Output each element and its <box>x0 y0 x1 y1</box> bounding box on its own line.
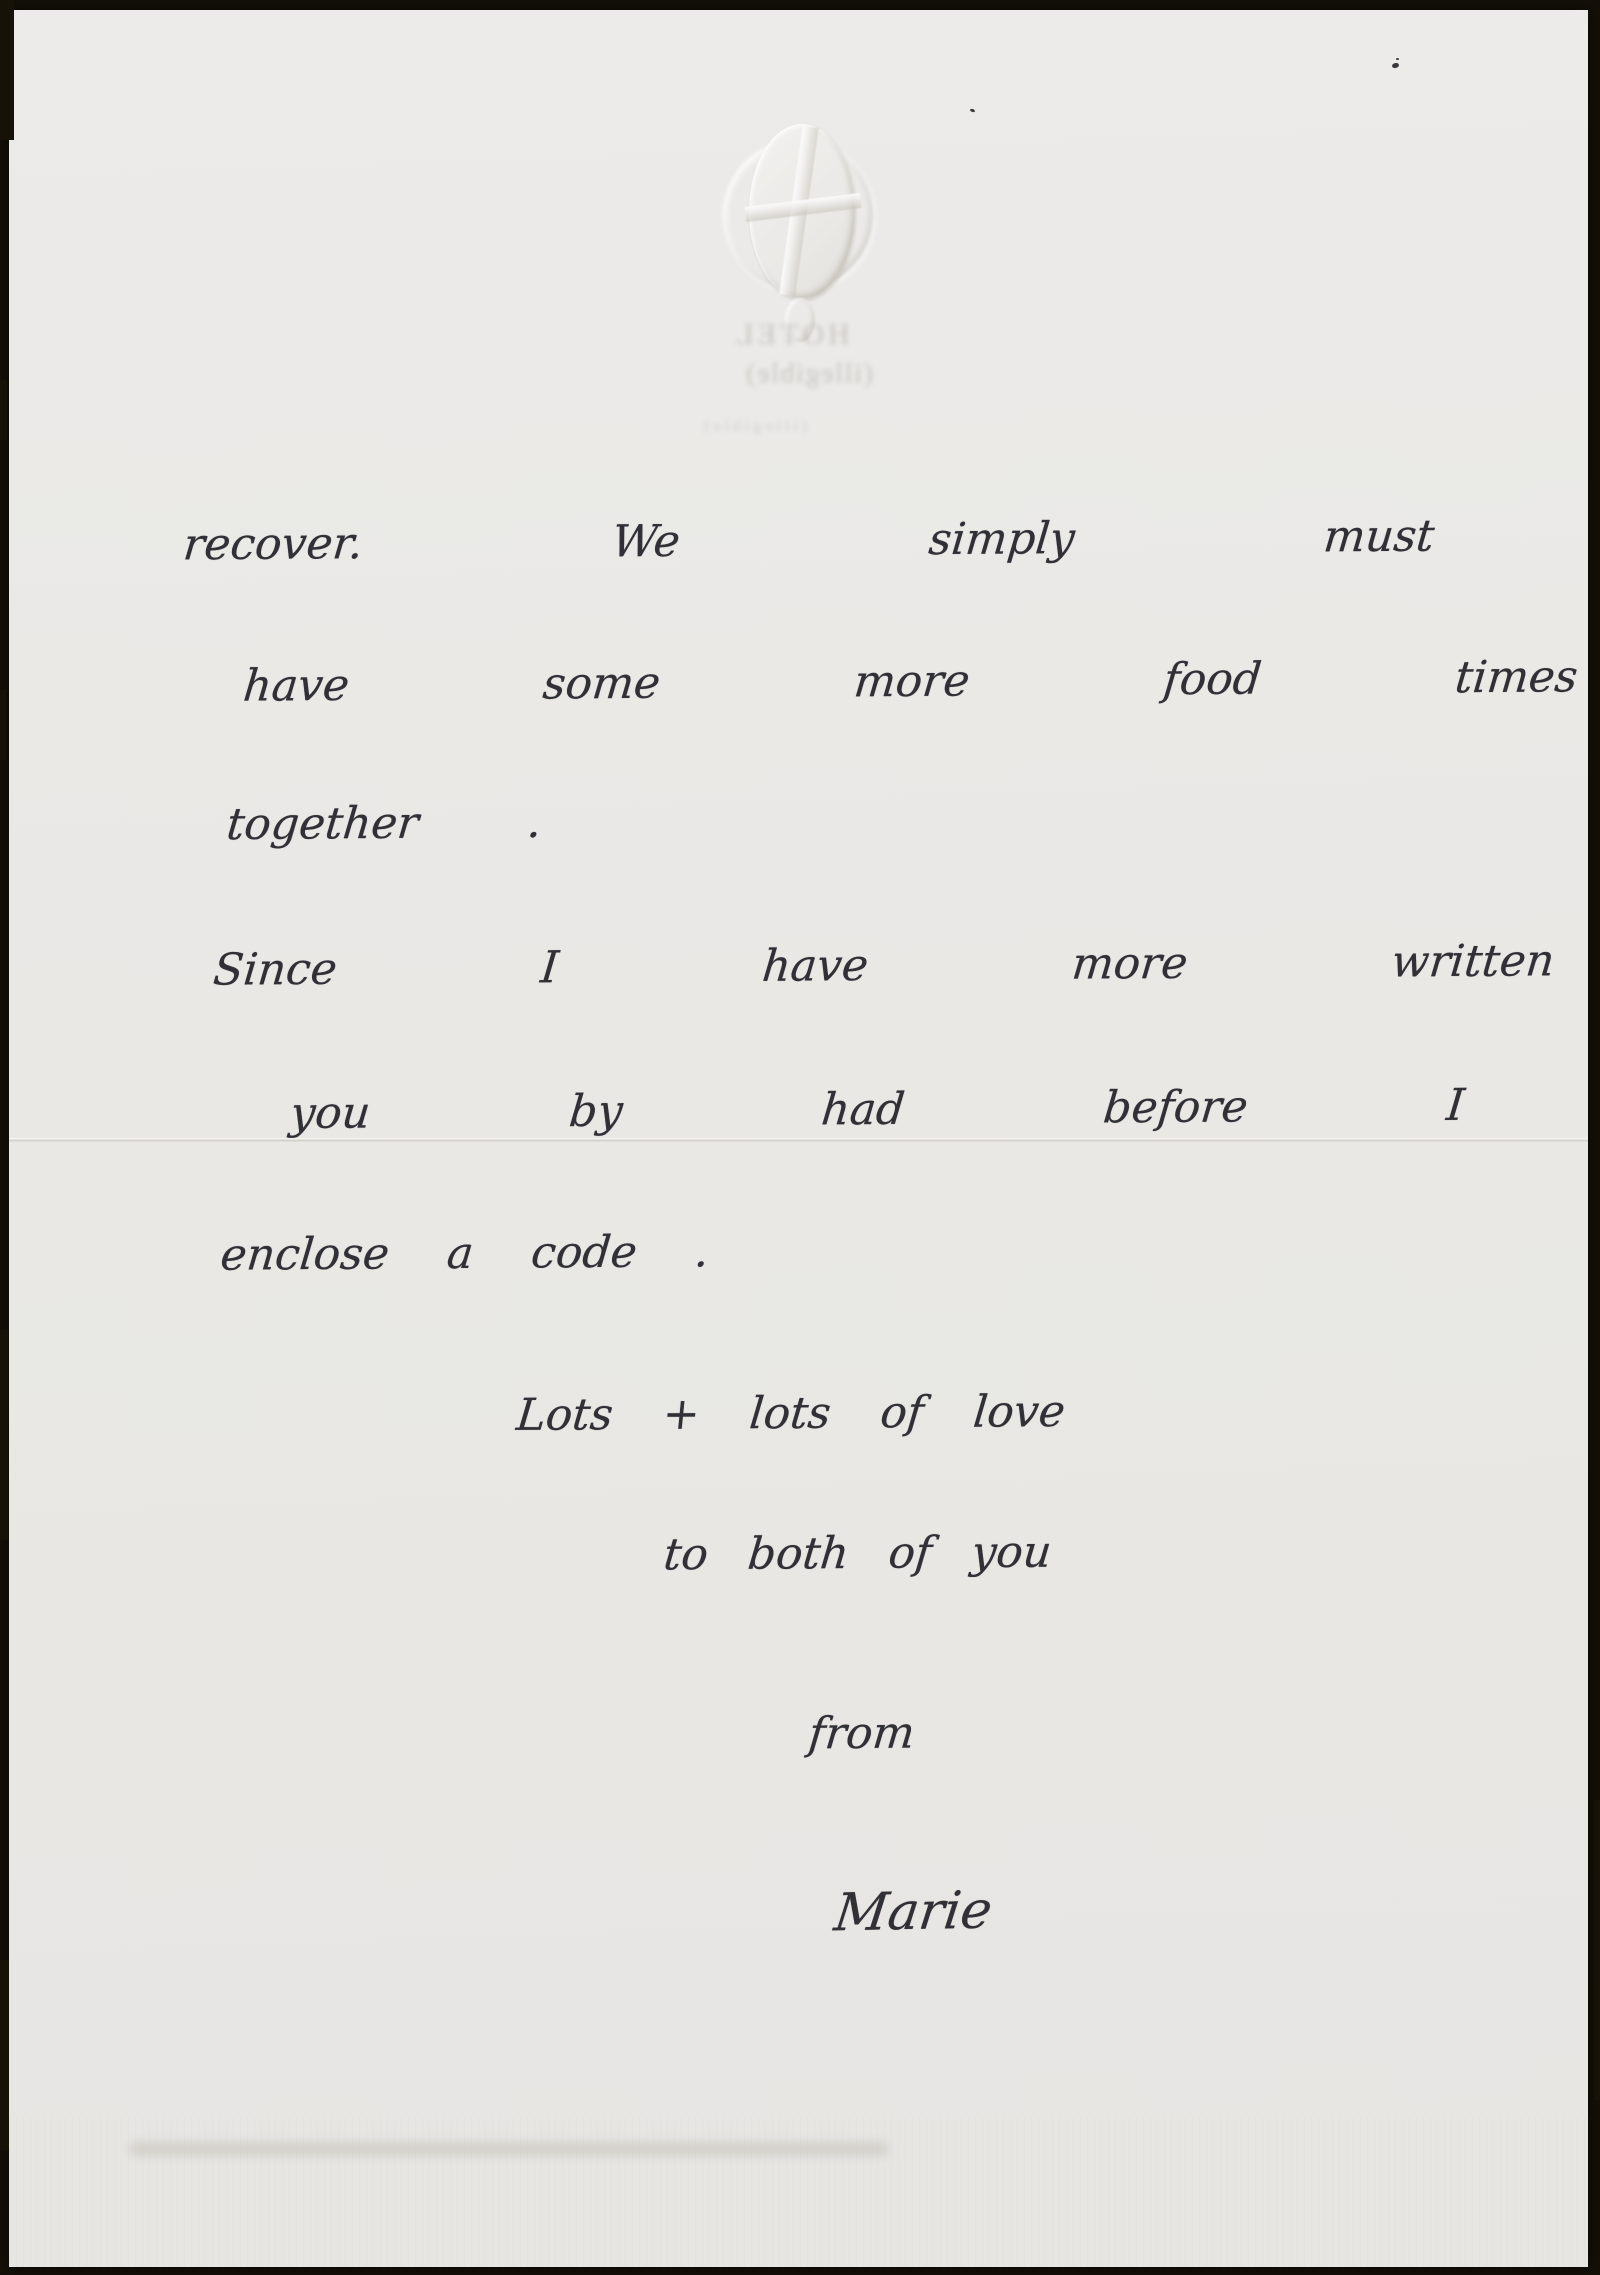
scanned-letter-page: HOTEL (illegible) (illegible) recover. W… <box>0 0 1600 2275</box>
letter-paper: HOTEL (illegible) (illegible) recover. W… <box>9 10 1588 2267</box>
scan-edge-artifact <box>0 380 7 440</box>
handwriting-line: enclose a code . <box>218 1226 711 1280</box>
closing-line: Lots + lots of love <box>514 1386 1067 1441</box>
handwriting-line: you by had before I <box>288 1080 1467 1139</box>
scan-edge-artifact <box>1594 1800 1600 2100</box>
scan-edge-artifact <box>0 0 14 140</box>
letterhead-showthrough-line2: (illegible) <box>19 358 1598 389</box>
ink-speck <box>1391 62 1399 69</box>
handwriting-line: together . <box>224 797 544 850</box>
closing-line: to both of you <box>661 1527 1054 1581</box>
fold-crease <box>9 1138 1588 1142</box>
closing-line: from <box>806 1708 917 1760</box>
scan-edge-artifact <box>0 1330 8 1540</box>
letterhead-showthrough-line3: (illegible) <box>0 418 1543 436</box>
handwriting-line: Since I have more written <box>211 935 1557 995</box>
embossed-crest-icon <box>727 112 877 342</box>
ink-speck <box>1396 58 1399 60</box>
scan-edge-artifact <box>0 690 6 760</box>
scan-edge-artifact <box>0 1960 9 2150</box>
scan-streak-texture <box>9 2117 1588 2267</box>
letterhead-showthrough-line1: HOTEL <box>1 318 1580 352</box>
handwriting-line: have some more food times <box>241 651 1580 711</box>
handwriting-line: recover. We simply must <box>181 511 1437 571</box>
ink-speck <box>970 108 976 113</box>
signature: Marie <box>831 1881 995 1944</box>
